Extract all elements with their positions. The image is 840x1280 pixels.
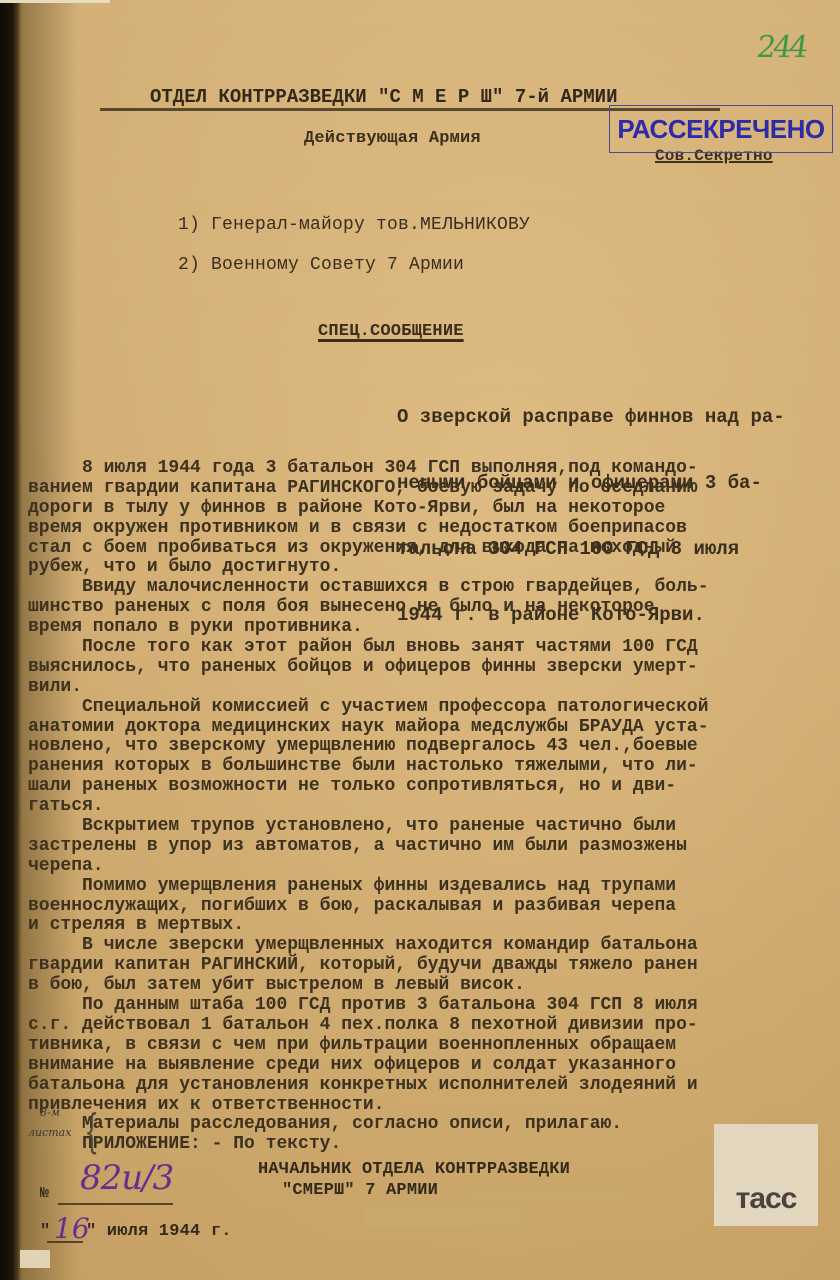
body-line: В числе зверски умерщвленных находится к… [28,936,828,956]
body-line: внимание на выявление среди них офицеров… [28,1056,828,1076]
body-line: 8 июля 1944 года 3 батальон 304 ГСП выпо… [28,459,828,479]
body-line: анатомии доктора медицинских наук майора… [28,718,828,738]
body-line: ранения которых в большинстве были насто… [28,757,828,777]
body-line: После того как этот район был вновь заня… [28,638,828,658]
registration-number-handwritten: 82и/3 [80,1158,173,1198]
body-line: Материалы расследования, согласно описи,… [28,1115,828,1135]
body-line: гаться. [28,797,828,817]
tass-watermark-logo: тасс [714,1124,818,1226]
body-line: Помимо умерщвления раненых финны издевал… [28,877,828,897]
handwritten-brace: { [84,1104,99,1158]
body-line: стал с боем пробиваться из окружения, дл… [28,539,828,559]
body-line: черепа. [28,857,828,877]
body-line: новлено, что зверскому умерщвлению подве… [28,737,828,757]
body-line: выяснилось, что раненых бойцов и офицеро… [28,658,828,678]
redacted-area [470,1185,630,1201]
recipient-2: 2) Военному Совету 7 Армии [178,255,464,275]
body-line: вили. [28,678,828,698]
declassified-stamp: РАССЕКРЕЧЕНО [609,105,833,153]
archive-page-number: 244 [755,30,808,65]
date-day-underline [47,1241,83,1243]
body-line: По данным штаба 100 ГСД против 3 батальо… [28,996,828,1016]
body-line: время окружен противником и в связи с не… [28,519,828,539]
redacted-area [365,1205,525,1227]
body-line: дороги в тылу у финнов в районе Кото-Ярв… [28,499,828,519]
recipient-1: 1) Генерал-майору тов.МЕЛЬНИКОВУ [178,215,530,235]
signature-title-line-2: "СМЕРШ" 7 АРМИИ [282,1181,438,1200]
body-line: рубеж, что и было достигнуто. [28,558,828,578]
signature-title-line-1: НАЧАЛЬНИК ОТДЕЛА КОНТРРАЗВЕДКИ [258,1160,570,1179]
body-line: Ввиду малочисленности оставшихся в строю… [28,578,828,598]
body-line: с.г. действовал 1 батальон 4 пех.полка 8… [28,1016,828,1036]
body-line: военнослужащих, погибших в бою, раскалыв… [28,897,828,917]
body-line: время попало в руки противника. [28,618,828,638]
body-line: шинство раненых с поля боя вынесено не б… [28,598,828,618]
body-line: ванием гвардии капитана РАГИНСКОГО, боев… [28,479,828,499]
body-line: в бою, был затем убит выстрелом в левый … [28,976,828,996]
registration-underline [58,1203,173,1205]
document-page: 244 ОТДЕЛ КОНТРРАЗВЕДКИ "С М Е Р Ш" 7-й … [0,0,840,1280]
registration-prefix: № [40,1185,49,1202]
subject-line: О зверской расправе финнов над ра- [397,406,827,428]
body-line: застрелены в упор из автоматов, а частич… [28,837,828,857]
body-line: Специальной комиссией с участием професс… [28,698,828,718]
body-text: 8 июля 1944 года 3 батальон 304 ГСП выпо… [28,459,828,1155]
body-line: ПРИЛОЖЕНИЕ: - По тексту. [28,1135,828,1155]
body-line: батальона для установления конкретных ис… [28,1076,828,1096]
date-open-quote: " [40,1222,50,1241]
body-line: Вскрытием трупов установлено, что ранены… [28,817,828,837]
body-line: гвардии капитан РАГИНСКИЙ, который, буду… [28,956,828,976]
document-title: СПЕЦ.СООБЩЕНИЕ [318,322,464,341]
body-line: шали раненых возможности не только сопро… [28,777,828,797]
body-line: тивника, в связи с чем при фильтрации во… [28,1036,828,1056]
army-subheader: Действующая Армия [304,129,481,148]
margin-note-sheets: листах [28,1126,71,1139]
date-rest: " июля 1944 г. [86,1222,232,1241]
body-line: и стреляя в мертвых. [28,916,828,936]
margin-note-sheets-count: 8-м [40,1106,60,1119]
department-header: ОТДЕЛ КОНТРРАЗВЕДКИ "С М Е Р Ш" 7-й АРМИ… [150,86,617,108]
paper-patch [20,1250,50,1268]
body-line: привлечения их к ответственности. [28,1096,828,1116]
top-edge-strip [0,0,110,3]
